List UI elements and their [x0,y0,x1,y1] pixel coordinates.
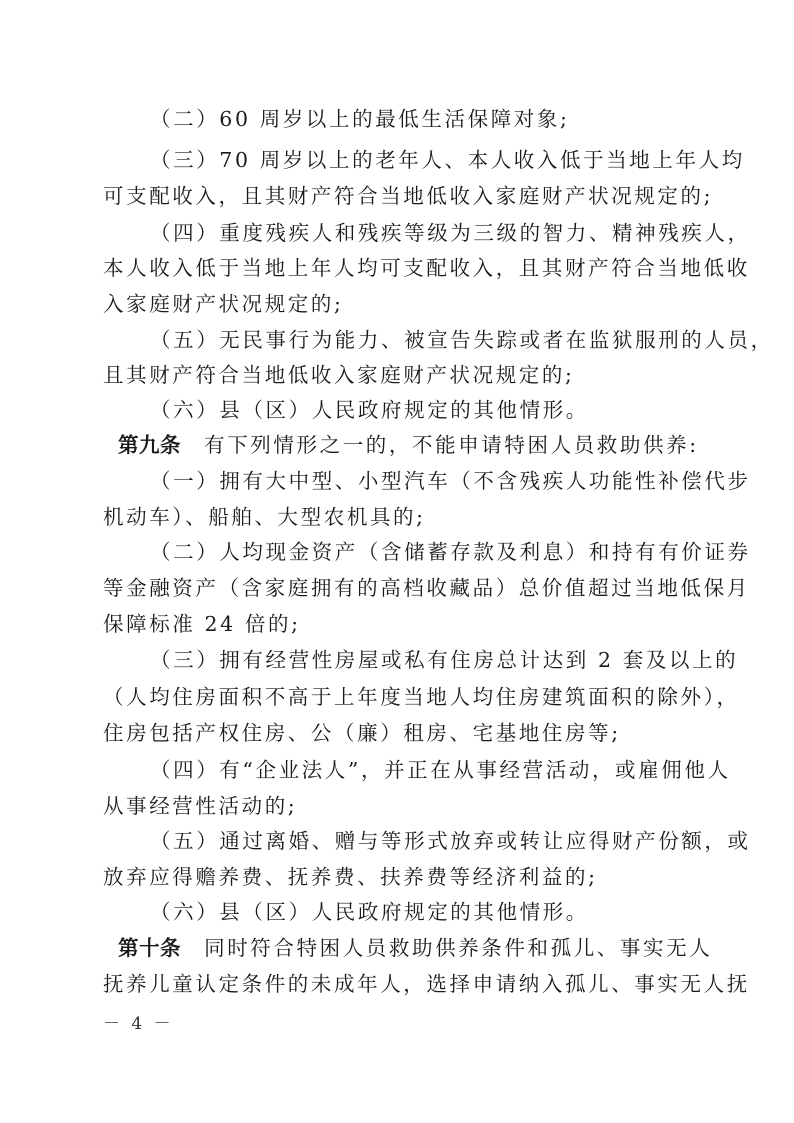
text-line: （四）有“企业法人”，并正在从事经营活动，或雇佣他人 [150,755,693,785]
article-10-line: 第十条 同时符合特困人员救助供养条件和孤儿、事实无人 [118,933,693,963]
text-line: 本人收入低于当地上年人均可支配收入，且其财产符合当地低收 [103,253,693,283]
text-line: （六）县（区）人民政府规定的其他情形。 [150,897,693,927]
text-line: 入家庭财产状况规定的; [103,289,693,319]
text-line: （五）无民事行为能力、被宣告失踪或者在监狱服刑的人员， [150,325,693,355]
article-9-line: 第九条 有下列情形之一的，不能申请特困人员救助供养: [118,430,693,460]
text-line: （人均住房面积不高于上年度当地人均住房建筑面积的除外）， [103,682,693,712]
text-line: 放弃应得赡养费、抚养费、扶养费等经济利益的; [103,862,693,892]
text-line: （二）人均现金资产（含储蓄存款及利息）和持有有价证券 [150,537,693,567]
text-line: 从事经营性活动的; [103,791,693,821]
text-line: （六）县（区）人民政府规定的其他情形。 [150,395,693,425]
text-line: 等金融资产（含家庭拥有的高档收藏品）总价值超过当地低保月 [103,573,693,603]
article-heading: 第十条 [118,936,181,960]
text-line: （一）拥有大中型、小型汽车（不含残疾人功能性补偿代步 [150,466,693,496]
document-page: （二）60 周岁以上的最低生活保障对象; （三）70 周岁以上的老年人、本人收入… [0,0,794,1123]
text-line: 住房包括产权住房、公（廉）租房、宅基地住房等; [103,718,693,748]
text-line: （三）70 周岁以上的老年人、本人收入低于当地上年人均 [150,145,693,175]
text-line: （三）拥有经营性房屋或私有住房总计达到 2 套及以上的 [150,645,693,675]
text-line: 抚养儿童认定条件的未成年人，选择申请纳入孤儿、事实无人抚 [103,969,693,999]
article-heading: 第九条 [118,433,181,457]
text-line: （四）重度残疾人和残疾等级为三级的智力、精神残疾人， [150,218,693,248]
page-number: － 4 － [103,1012,174,1036]
article-text: 同时符合特困人员救助供养条件和孤儿、事实无人 [181,936,712,960]
text-line: 可支配收入，且其财产符合当地低收入家庭财产状况规定的; [103,181,693,211]
text-line: 保障标准 24 倍的; [103,609,693,639]
text-line: 机动车）、船舶、大型农机具的; [103,502,693,532]
text-line: （二）60 周岁以上的最低生活保障对象; [150,104,693,134]
text-line: 且其财产符合当地低收入家庭财产状况规定的; [103,360,693,390]
article-text: 有下列情形之一的，不能申请特困人员救助供养: [181,433,699,457]
text-line: （五）通过离婚、赠与等形式放弃或转让应得财产份额，或 [150,826,693,856]
